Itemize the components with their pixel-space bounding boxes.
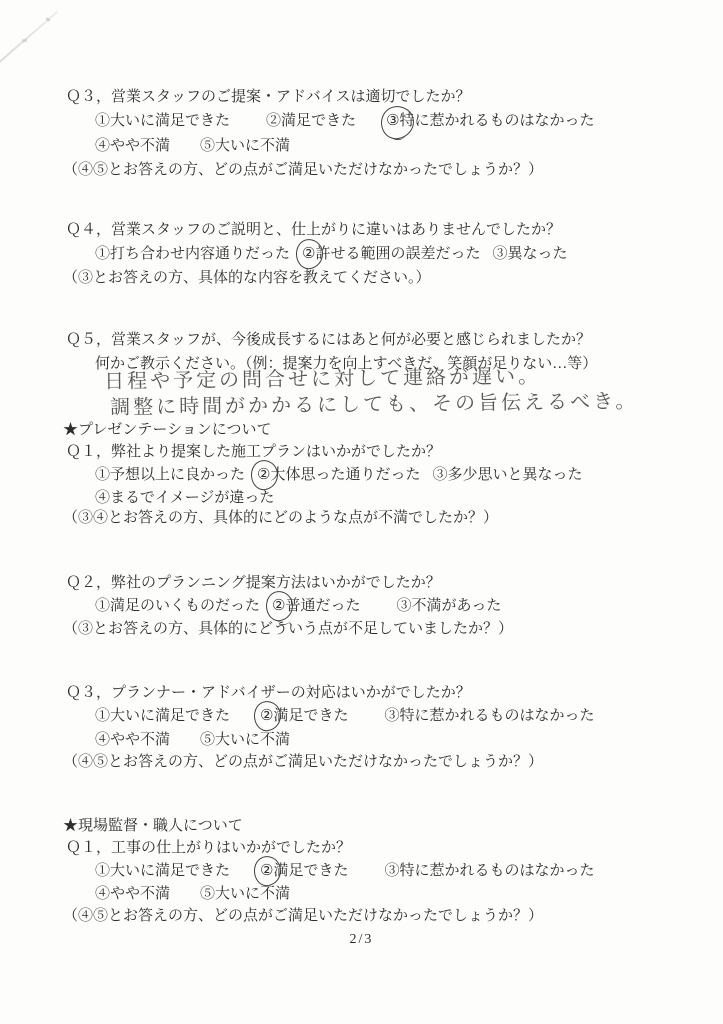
followup-note: （④⑤とお答えの方、どの点がご満足いただけなかったでしょうか？）	[63, 907, 543, 926]
page-number: 2/3	[0, 932, 723, 948]
options-row: ④やや不満⑤大いに不満	[95, 885, 290, 904]
option: ④まるでイメージが違った	[95, 489, 274, 508]
option: ④やや不満	[95, 137, 170, 156]
followup-note: （④⑤とお答えの方、どの点がご満足いただけなかったでしょうか？）	[63, 161, 543, 180]
options-row: ①大いに満足できた②満足できた③特に惹かれるものはなかった	[95, 112, 595, 131]
option-selected: ③特に惹かれるものはなかった	[386, 112, 594, 131]
followup-note: （④⑤とお答えの方、どの点がご満足いただけなかったでしょうか？）	[63, 753, 543, 772]
followup-note: （③とお答えの方、具体的な内容を教えてください。）	[63, 269, 431, 288]
followup-note: （③④とお答えの方、具体的にどのような点が不満でしたか？）	[63, 509, 498, 528]
scanned-survey-page: Ｑ３，営業スタッフのご提案・アドバイスは適切でしたか？ ①大いに満足できた②満足…	[0, 0, 723, 1024]
handwritten-answer-line2: 調整に時間がかかるにしても、その旨伝えるべき。	[110, 392, 638, 417]
option: ②満足できた	[266, 112, 356, 131]
option: ①打ち合わせ内容通りだった	[95, 245, 290, 264]
option: ③多少思いと異なった	[433, 466, 583, 485]
question-site-q1: Ｑ１，工事の仕上がりはいかがでしたか？	[66, 839, 351, 858]
option-selected: ②普通だった	[272, 597, 360, 616]
options-row: ④やや不満⑤大いに不満	[95, 137, 290, 156]
option-selected: ②満足できた	[260, 862, 348, 881]
options-row: ①大いに満足できた②満足できた③特に惹かれるものはなかった	[95, 862, 595, 881]
options-row: ①打ち合わせ内容通りだった②許せる範囲の誤差だった③異なった	[95, 245, 568, 264]
followup-note: （③とお答えの方、具体的にどういう点が不足していましたか？）	[63, 620, 513, 639]
handwritten-circle-mark: ③	[386, 112, 399, 131]
question-sales-q3: Ｑ３，営業スタッフのご提案・アドバイスは適切でしたか？	[66, 88, 471, 107]
option-selected: ②大体思った通りだった	[257, 466, 420, 485]
option-selected: ②許せる範囲の誤差だった	[302, 245, 480, 264]
option-selected: ②満足できた	[260, 707, 348, 726]
option: ①大いに満足できた	[95, 707, 230, 726]
option: ④やや不満	[95, 885, 170, 904]
section-header-presentation: ★プレゼンテーションについて	[63, 421, 272, 440]
options-row: ④まるでイメージが違った	[95, 489, 274, 508]
options-row: ①予想以上に良かった②大体思った通りだった③多少思いと異なった	[95, 466, 583, 485]
handwritten-circle-mark: ②	[302, 245, 315, 264]
options-row: ①満足のいくものだった②普通だった③不満があった	[95, 597, 501, 616]
option: ①大いに満足できた	[95, 112, 230, 131]
option: ③異なった	[493, 245, 568, 264]
option: ⑤大いに不満	[200, 731, 290, 750]
option: ④やや不満	[95, 731, 170, 750]
question-presentation-q2: Ｑ２，弊社のプランニング提案方法はいかがでしたか？	[66, 574, 441, 593]
option: ⑤大いに不満	[200, 885, 290, 904]
option: ①満足のいくものだった	[95, 597, 260, 616]
option: ③特に惹かれるものはなかった	[385, 862, 595, 881]
question-sales-q5: Ｑ５，営業スタッフが、今後成長するにはあと何が必要と感じられましたか？	[66, 331, 591, 350]
scan-speck	[22, 38, 28, 42]
option: ⑤大いに不満	[200, 137, 290, 156]
question-presentation-q1: Ｑ１，弊社より提案した施工プランはいかがでしたか？	[66, 443, 441, 462]
options-row: ①大いに満足できた②満足できた③特に惹かれるものはなかった	[95, 707, 595, 726]
question-sales-q4: Ｑ４，営業スタッフのご説明と、仕上がりに違いはありませんでしたか？	[66, 221, 561, 240]
option: ①予想以上に良かった	[95, 466, 245, 485]
handwritten-circle-mark: ②	[260, 707, 273, 726]
handwritten-answer-line1: 日程や予定の問合せに対して連絡が遅い。	[104, 367, 541, 391]
section-header-site: ★現場監督・職人について	[63, 817, 243, 836]
options-row: ④やや不満⑤大いに不満	[95, 731, 290, 750]
option: ①大いに満足できた	[95, 862, 230, 881]
handwritten-circle-mark: ②	[257, 466, 270, 485]
question-presentation-q3: Ｑ３，プランナー・アドバイザーの対応はいかがでしたか？	[66, 684, 471, 703]
option: ③特に惹かれるものはなかった	[385, 707, 595, 726]
option: ③不満があった	[397, 597, 502, 616]
handwritten-circle-mark: ②	[272, 597, 285, 616]
handwritten-circle-mark: ②	[260, 862, 273, 881]
